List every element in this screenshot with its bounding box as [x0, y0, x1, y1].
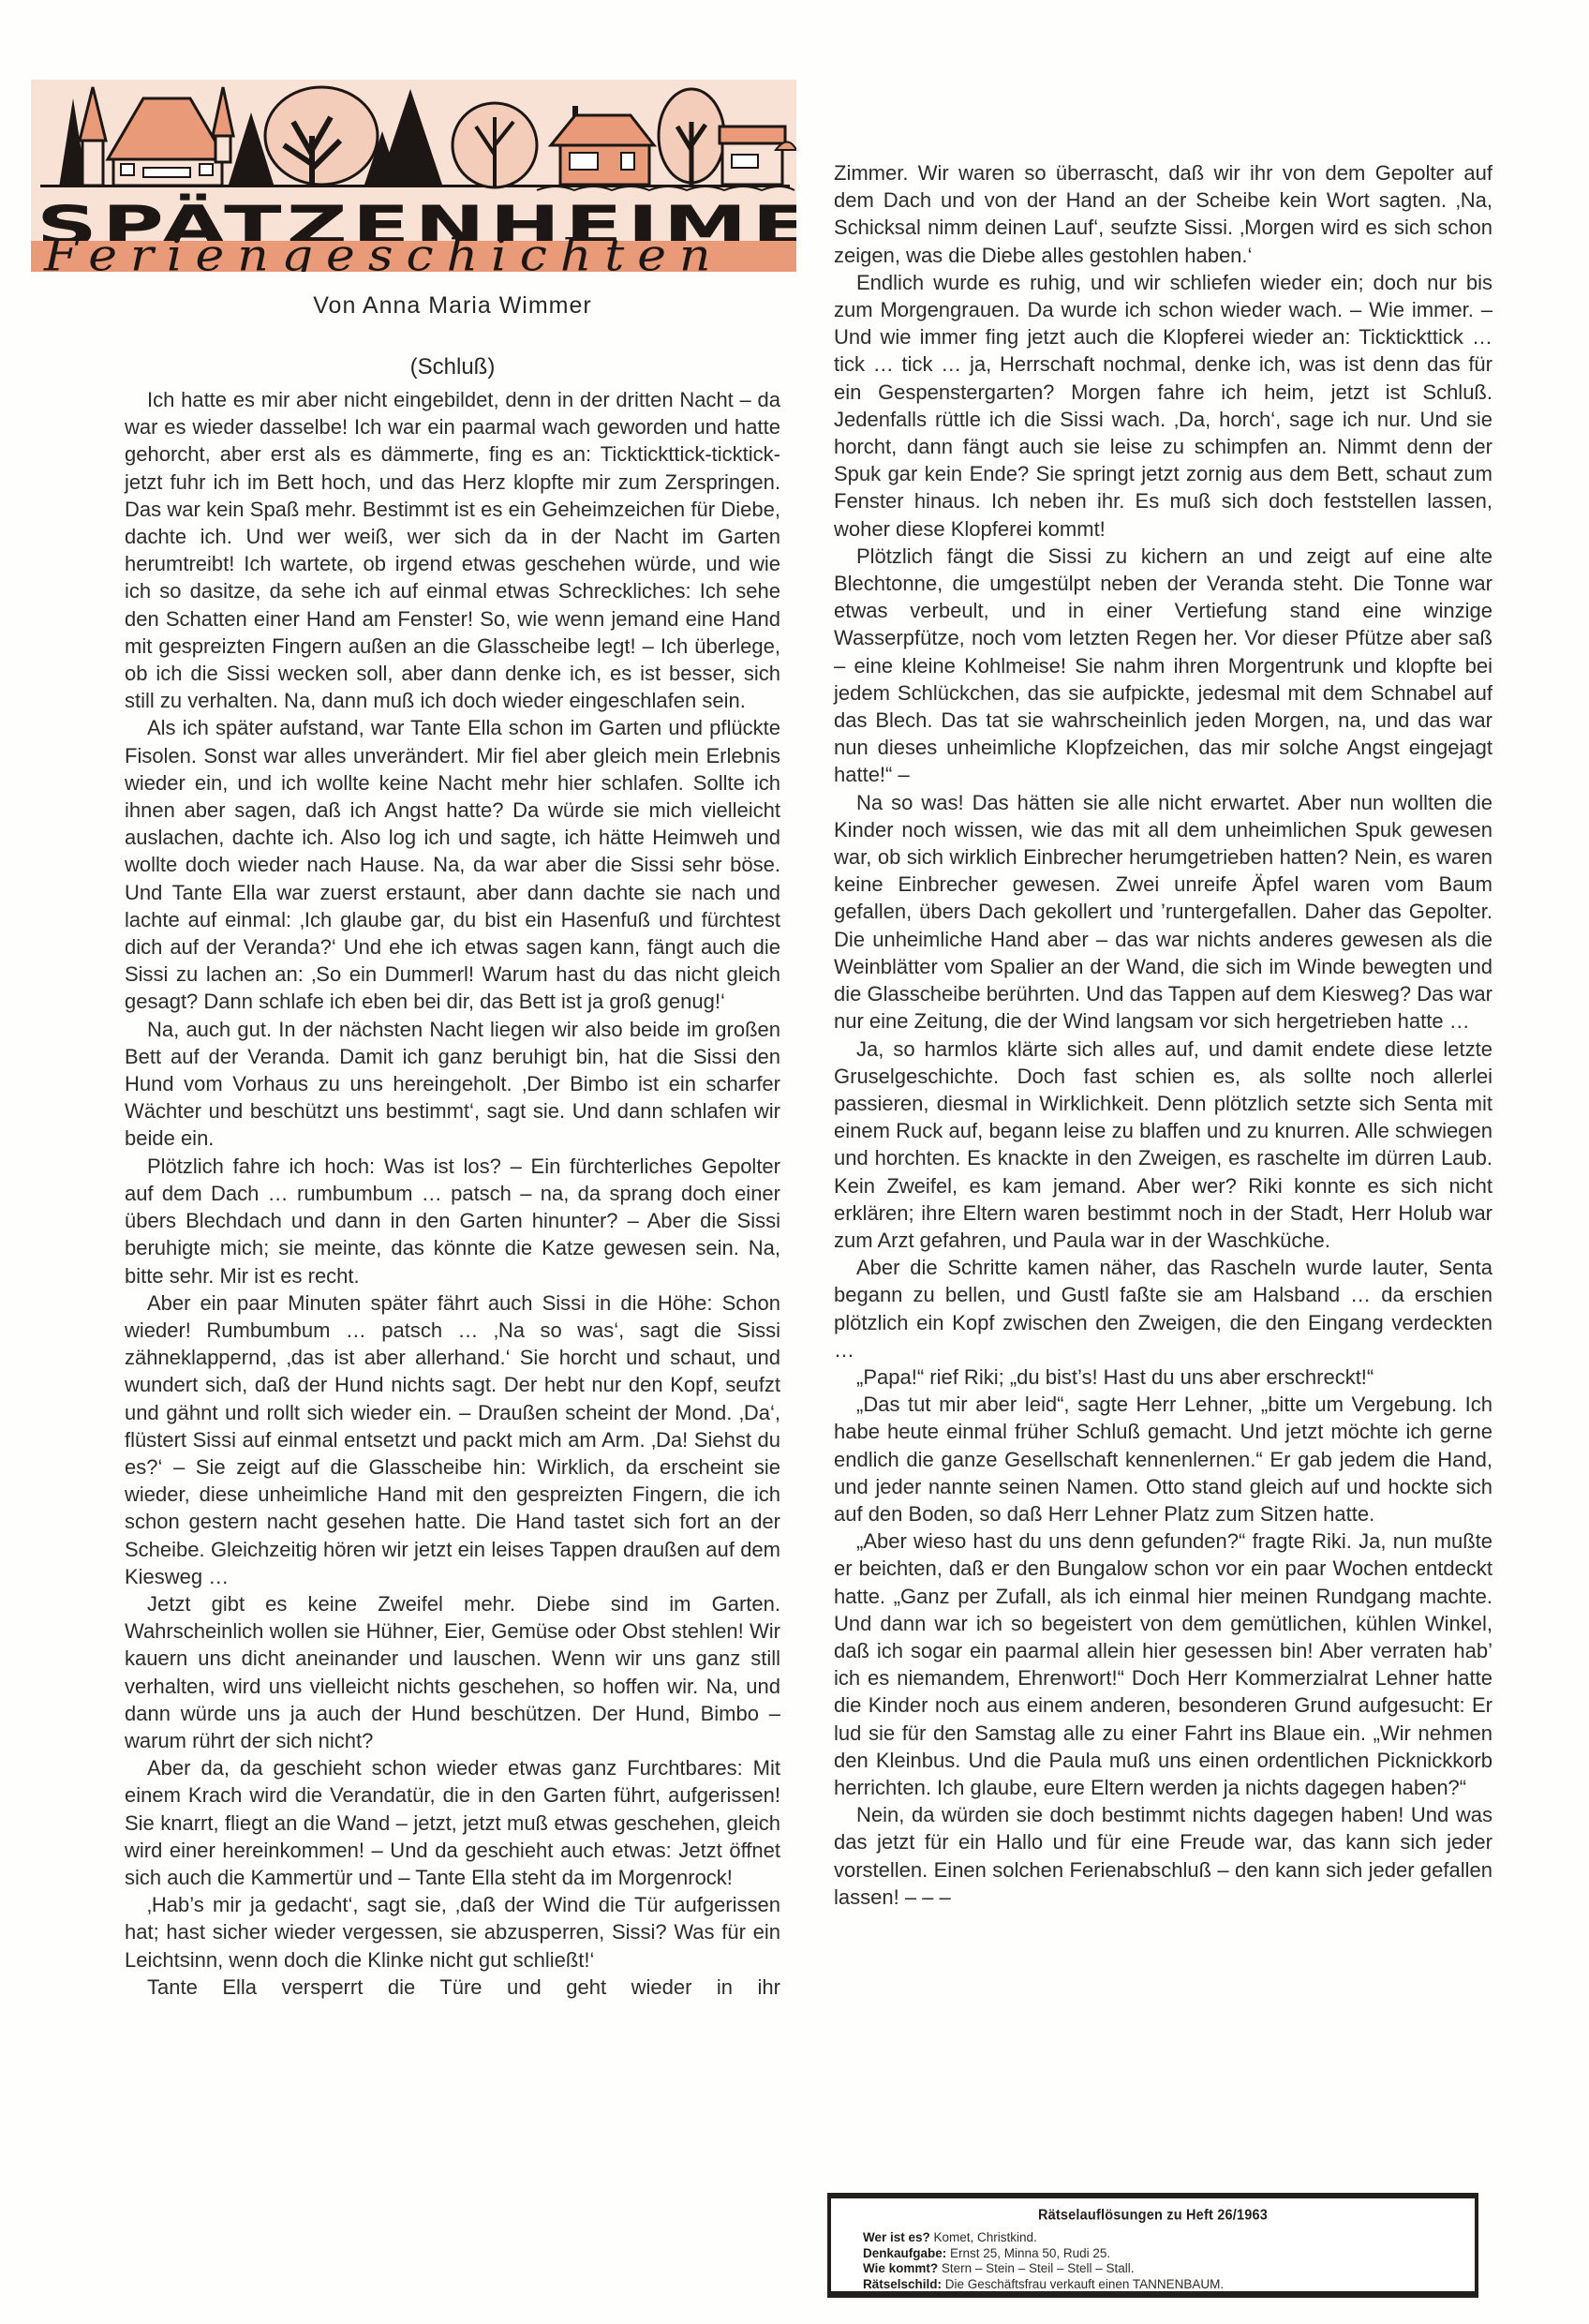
solution-item: Rätselschild: Die Geschäftsfrau verkauft…	[863, 2277, 1224, 2293]
paragraph: Plötzlich fahre ich hoch: Was ist los? –…	[125, 1153, 780, 1289]
left-column: Ich hatte es mir aber nicht eingebildet,…	[125, 386, 780, 2001]
paragraph: Ich hatte es mir aber nicht eingebildet,…	[125, 386, 780, 714]
magazine-page: SPÄTZENHEIMER Feriengeschichten Von Anna…	[0, 0, 1589, 2324]
article-part-label: (Schluß)	[125, 354, 780, 380]
header-banner: SPÄTZENHEIMER Feriengeschichten	[31, 80, 796, 272]
paragraph: Aber die Schritte kamen näher, das Rasch…	[834, 1254, 1492, 1363]
puzzle-solutions-box: Rätselauflösungen zu Heft 26/1963 Wer is…	[827, 2193, 1478, 2298]
paragraph: Zimmer. Wir waren so überrascht, daß wir…	[834, 159, 1492, 269]
paragraph: Als ich später aufstand, war Tante Ella …	[125, 714, 780, 1015]
paragraph: Aber da, da geschieht schon wieder etwas…	[125, 1754, 780, 1891]
right-column: Zimmer. Wir waren so überrascht, daß wir…	[834, 159, 1492, 1911]
banner-subtitle: Feriengeschichten	[44, 234, 794, 272]
paragraph: Tante Ella versperrt die Türe und geht w…	[125, 1974, 780, 2001]
article-byline: Von Anna Maria Wimmer	[125, 292, 780, 320]
solution-label: Rätselschild:	[863, 2277, 942, 2291]
paragraph: „Das tut mir aber leid“, sagte Herr Lehn…	[834, 1391, 1492, 1527]
paragraph: Endlich wurde es ruhig, und wir schliefe…	[834, 269, 1492, 543]
paragraph: ‚Hab’s mir ja gedacht‘, sagt sie, ‚daß d…	[125, 1891, 780, 1974]
solution-text: Stern – Stein – Steil – Stell – Stall.	[938, 2261, 1134, 2275]
paragraph: Ja, so harmlos klärte sich alles auf, un…	[834, 1035, 1492, 1255]
solution-label: Wer ist es?	[863, 2230, 930, 2244]
paragraph: Plötzlich fängt die Sissi zu kichern an …	[834, 543, 1492, 789]
solution-text: Komet, Christkind.	[930, 2230, 1037, 2244]
paragraph: Na so was! Das hätten sie alle nicht erw…	[834, 789, 1492, 1035]
paragraph: „Aber wieso hast du uns denn gefunden?“ …	[834, 1527, 1492, 1801]
solution-item: Denkaufgabe: Ernst 25, Minna 50, Rudi 25…	[863, 2246, 1224, 2262]
puzzle-solutions-list: Wer ist es? Komet, Christkind. Denkaufga…	[863, 2230, 1224, 2292]
solution-label: Denkaufgabe:	[863, 2246, 946, 2260]
puzzle-solutions-title: Rätselauflösungen zu Heft 26/1963	[831, 2207, 1475, 2224]
paragraph: Na, auch gut. In der nächsten Nacht lieg…	[125, 1016, 780, 1153]
solution-label: Wie kommt?	[863, 2261, 938, 2275]
solution-item: Wer ist es? Komet, Christkind.	[863, 2230, 1224, 2246]
solution-item: Wie kommt? Stern – Stein – Steil – Stell…	[863, 2261, 1224, 2277]
paragraph: Nein, da würden sie doch bestimmt nichts…	[834, 1801, 1492, 1911]
solution-text: Die Geschäftsfrau verkauft einen TANNENB…	[942, 2277, 1224, 2291]
paragraph: Aber ein paar Minuten später fährt auch …	[125, 1289, 780, 1590]
solution-text: Ernst 25, Minna 50, Rudi 25.	[946, 2246, 1110, 2260]
paragraph: Jetzt gibt es keine Zweifel mehr. Diebe …	[125, 1590, 780, 1754]
paragraph: „Papa!“ rief Riki; „du bist’s! Hast du u…	[834, 1363, 1492, 1391]
